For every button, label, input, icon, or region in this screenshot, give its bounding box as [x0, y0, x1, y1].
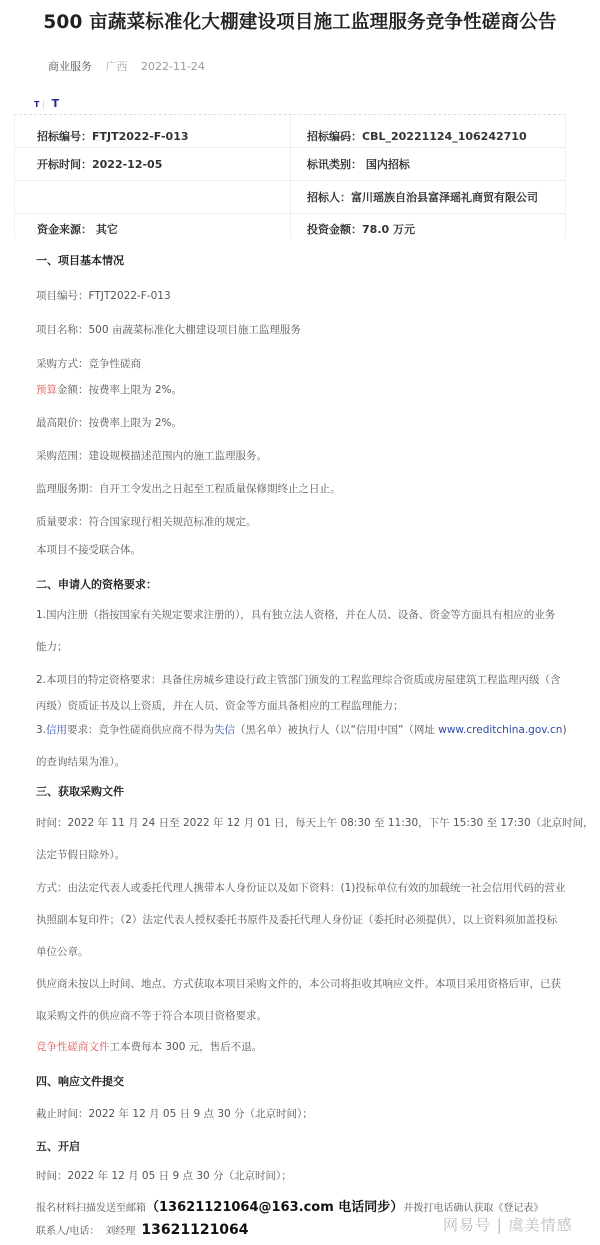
table-row: 招标编号：FTJT2022-F-013 招标编码：CBL_20221124_10…: [15, 115, 565, 148]
table-row: 资金来源： 其它 投资金额：78.0 万元: [15, 214, 565, 238]
investment-amount: 投资金额：78.0 万元: [290, 214, 565, 238]
contact-label: 联系人/电话：: [36, 1226, 99, 1237]
requirement-3-line-2: 的查询结果为准）。: [36, 754, 125, 769]
tender-info-table: 招标编号：FTJT2022-F-013 招标编码：CBL_20221124_10…: [14, 114, 566, 238]
req3-prefix: 3.: [36, 724, 46, 736]
contact-phone[interactable]: 13621121064: [141, 1222, 248, 1238]
tender-category: 标讯类别： 国内招标: [290, 148, 565, 180]
requirement-3-line-1: 3.信用要求：竞争性磋商供应商不得为失信（黑名单）被执行人（以“信用中国”（网址…: [36, 722, 567, 737]
table-row: 招标人：富川瑶族自治县富泽瑶礼商贸有限公司: [15, 181, 565, 214]
section-heading-5: 五、开启: [36, 1138, 80, 1154]
acquire-method-line-1: 方式：由法定代表人或委托代理人携带本人身份证以及如下资料：(1)投标单位有效的加…: [36, 880, 565, 895]
bracket: ）: [390, 1200, 403, 1215]
procurement-method: 采购方式：竞争性磋商: [36, 356, 141, 371]
supplier-notice-line-2: 取采购文件的供应商不等于符合本项目资格要求。: [36, 1008, 267, 1023]
watermark: 网易号 | 虞美情感: [443, 1214, 573, 1235]
opening-time-detail: 时间：2022 年 12 月 05 日 9 点 30 分（北京时间）；: [36, 1168, 292, 1183]
acquire-time-line-1: 时间：2022 年 11 月 24 日至 2022 年 12 月 01 日，每天…: [36, 815, 594, 830]
bracket: （: [146, 1200, 159, 1215]
acquire-method-line-2: 执照副本复印件；（2）法定代表人授权委托书原件及委托代理人身份证（委托时必须提供…: [36, 912, 557, 927]
font-small-button[interactable]: T: [34, 100, 44, 109]
tender-code: 招标编码：CBL_20221124_106242710: [290, 115, 565, 147]
section-heading-3: 三、获取采购文件: [36, 783, 124, 799]
region-tag: 广西: [106, 60, 128, 73]
max-price: 最高限价：按费率上限为 2%。: [36, 415, 182, 430]
email-suffix: 并拨打电话确认获取《登记表》: [403, 1203, 543, 1214]
submission-deadline: 截止时间：2022 年 12 月 05 日 9 点 30 分（北京时间）；: [36, 1106, 313, 1121]
acquire-time-line-2: 法定节假日除外）。: [36, 847, 125, 862]
project-number: 项目编号：FTJT2022-F-013: [36, 288, 171, 303]
page-title: 500 亩蔬菜标准化大棚建设项目施工监理服务竞争性磋商公告: [0, 8, 600, 34]
fee-highlight[interactable]: 竞争性磋商文件: [36, 1041, 110, 1053]
req3-text-2: （黑名单）被执行人（以“信用中国”（网址: [235, 724, 438, 736]
fund-source: 资金来源： 其它: [15, 214, 290, 238]
requirement-2-line-2: 丙级）资质证书及以上资质，并在人员、资金等方面具备相应的工程监理能力；: [36, 698, 404, 713]
quality-requirement: 质量要求：符合国家现行相关规范标准的规定。: [36, 514, 257, 529]
section-heading-2: 二、申请人的资格要求：: [36, 576, 157, 592]
requirement-1-line-2: 能力；: [36, 639, 68, 654]
procurement-scope: 采购范围：建设规模描述范围内的施工监理服务。: [36, 448, 267, 463]
publish-date: 2022-11-24: [141, 60, 205, 73]
category-tag[interactable]: 商业服务: [48, 60, 92, 73]
requirement-2-line-1: 2.本项目的特定资格要求：具备住房城乡建设行政主管部门颁发的工程监理综合资质或房…: [36, 672, 561, 687]
document-fee: 竞争性磋商文件工本费每本 300 元，售后不退。: [36, 1039, 262, 1054]
untrust-link[interactable]: 失信: [214, 724, 235, 736]
fee-text: 工本费每本 300 元，售后不退。: [110, 1041, 263, 1053]
article-meta: 商业服务 广西 2022-11-24: [48, 58, 205, 74]
opening-time: 开标时间：2022-12-05: [15, 148, 290, 180]
project-name: 项目名称：500 亩蔬菜标准化大棚建设项目施工监理服务: [36, 322, 301, 337]
email-instruction: 报名材料扫描发送至邮箱（13621121064@163.com 电话同步）并拨打…: [36, 1196, 543, 1215]
email-prefix: 报名材料扫描发送至邮箱: [36, 1203, 146, 1214]
credit-link[interactable]: 信用: [46, 724, 67, 736]
req3-end: ): [562, 724, 566, 736]
table-row: 开标时间：2022-12-05 标讯类别： 国内招标: [15, 148, 565, 181]
empty-cell: [15, 181, 290, 213]
service-period: 监理服务期：自开工令发出之日起至工程质量保修期终止之日止。: [36, 481, 341, 496]
acquire-method-line-3: 单位公章。: [36, 944, 89, 959]
contact-name: 刘经理: [105, 1226, 135, 1237]
budget-amount: 预算金额：按费率上限为 2%。: [36, 382, 182, 397]
contact-line: 联系人/电话：刘经理13621121064: [36, 1222, 249, 1238]
phone-sync-note: 电话同步: [334, 1200, 391, 1215]
tender-number: 招标编号：FTJT2022-F-013: [15, 115, 290, 147]
section-heading-4: 四、响应文件提交: [36, 1073, 124, 1089]
creditchina-link[interactable]: www.creditchina.gov.cn: [438, 724, 562, 736]
font-size-controls: T T: [34, 97, 59, 110]
contact-email[interactable]: 13621121064@163.com: [159, 1200, 334, 1215]
req3-text: 要求：竞争性磋商供应商不得为: [67, 724, 214, 736]
consortium-note: 本项目不接受联合体。: [36, 542, 141, 557]
tenderer: 招标人：富川瑶族自治县富泽瑶礼商贸有限公司: [290, 181, 565, 213]
font-large-button[interactable]: T: [52, 97, 60, 110]
section-heading-1: 一、项目基本情况: [36, 252, 124, 268]
budget-highlight[interactable]: 预算: [36, 384, 57, 396]
budget-text: 金额：按费率上限为 2%。: [57, 384, 182, 396]
requirement-1-line-1: 1.国内注册（指按国家有关规定要求注册的），具有独立法人资格，并在人员、设备、资…: [36, 607, 555, 622]
supplier-notice-line-1: 供应商未按以上时间、地点、方式获取本项目采购文件的，本公司将拒收其响应文件。本项…: [36, 976, 561, 991]
